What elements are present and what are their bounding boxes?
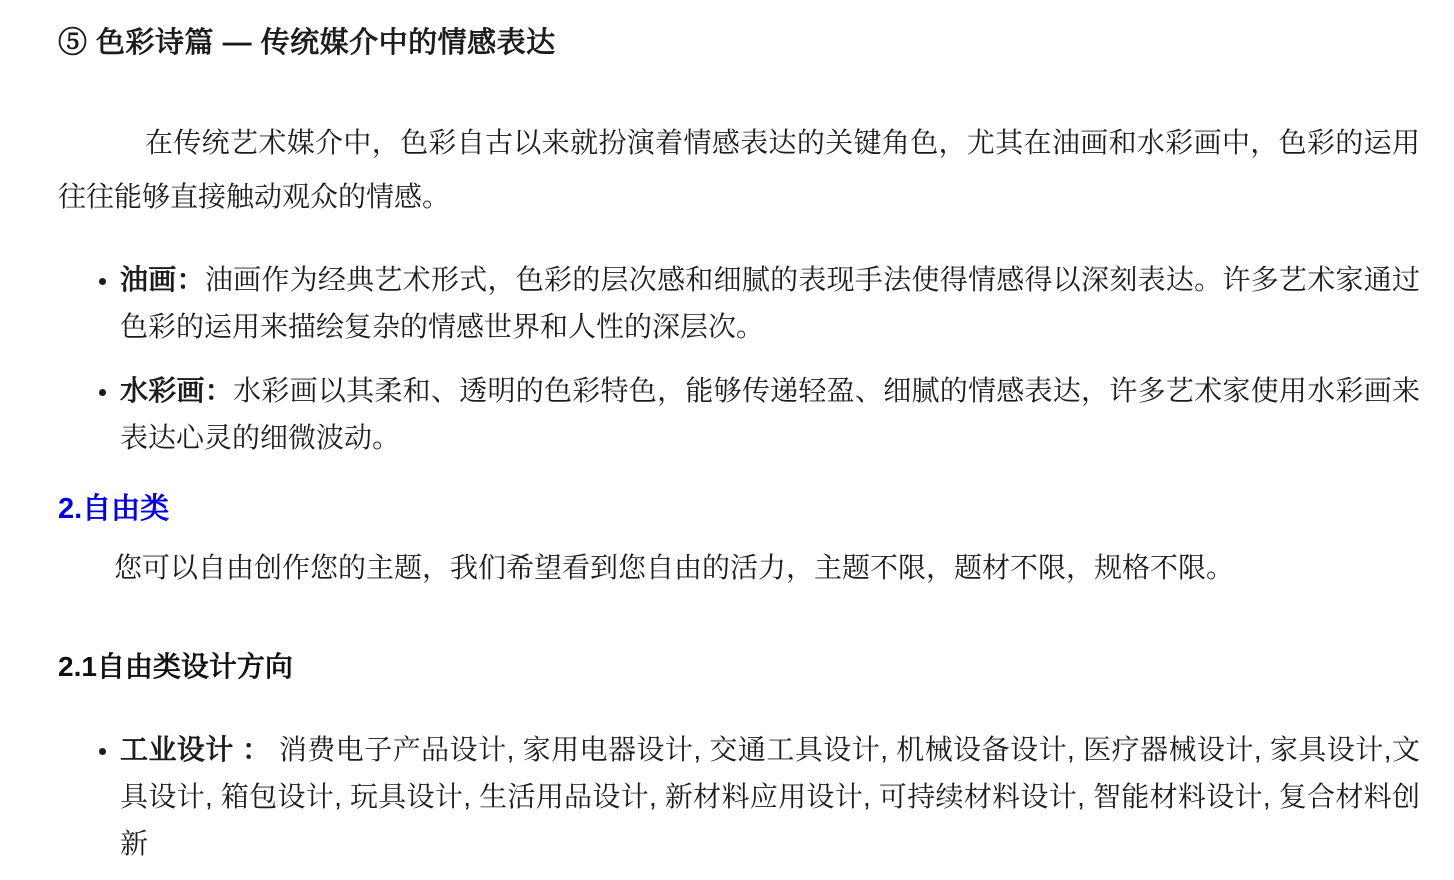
traditional-media-list: 油画：油画作为经典艺术形式，色彩的层次感和细腻的表现手法使得情感得以深刻表达。许… (58, 256, 1420, 461)
list-item-text: 水彩画以其柔和、透明的色彩特色，能够传递轻盈、细腻的情感表达，许多艺术家使用水彩… (120, 375, 1420, 453)
list-item-label: 水彩画： (120, 375, 233, 406)
list-item-oil-painting: 油画：油画作为经典艺术形式，色彩的层次感和细腻的表现手法使得情感得以深刻表达。许… (120, 256, 1420, 350)
section-5-title: ⑤ 色彩诗篇 — 传统媒介中的情感表达 (58, 26, 1420, 60)
list-item-text: 消费电子产品设计, 家用电器设计, 交通工具设计, 机械设备设计, 医疗器械设计… (120, 734, 1420, 859)
document-page: ⑤ 色彩诗篇 — 传统媒介中的情感表达 在传统艺术媒介中，色彩自古以来就扮演着情… (0, 0, 1454, 867)
section-2-1-heading: 2.1自由类设计方向 (58, 650, 1420, 684)
section-2-heading: 2.自由类 (58, 491, 1420, 527)
list-item-industrial-design: 工业设计 ： 消费电子产品设计, 家用电器设计, 交通工具设计, 机械设备设计,… (120, 726, 1420, 867)
design-direction-list: 工业设计 ： 消费电子产品设计, 家用电器设计, 交通工具设计, 机械设备设计,… (58, 726, 1420, 867)
section-5-intro-paragraph: 在传统艺术媒介中，色彩自古以来就扮演着情感表达的关键角色，尤其在油画和水彩画中，… (58, 116, 1420, 224)
list-item-watercolor: 水彩画：水彩画以其柔和、透明的色彩特色，能够传递轻盈、细腻的情感表达，许多艺术家… (120, 367, 1420, 461)
list-item-label: 工业设计 ： (120, 734, 271, 765)
list-item-text: 油画作为经典艺术形式，色彩的层次感和细腻的表现手法使得情感得以深刻表达。许多艺术… (120, 264, 1420, 342)
section-2-body-paragraph: 您可以自由创作您的主题，我们希望看到您自由的活力，主题不限，题材不限，规格不限。 (58, 541, 1420, 595)
list-item-label: 油画： (120, 264, 205, 295)
